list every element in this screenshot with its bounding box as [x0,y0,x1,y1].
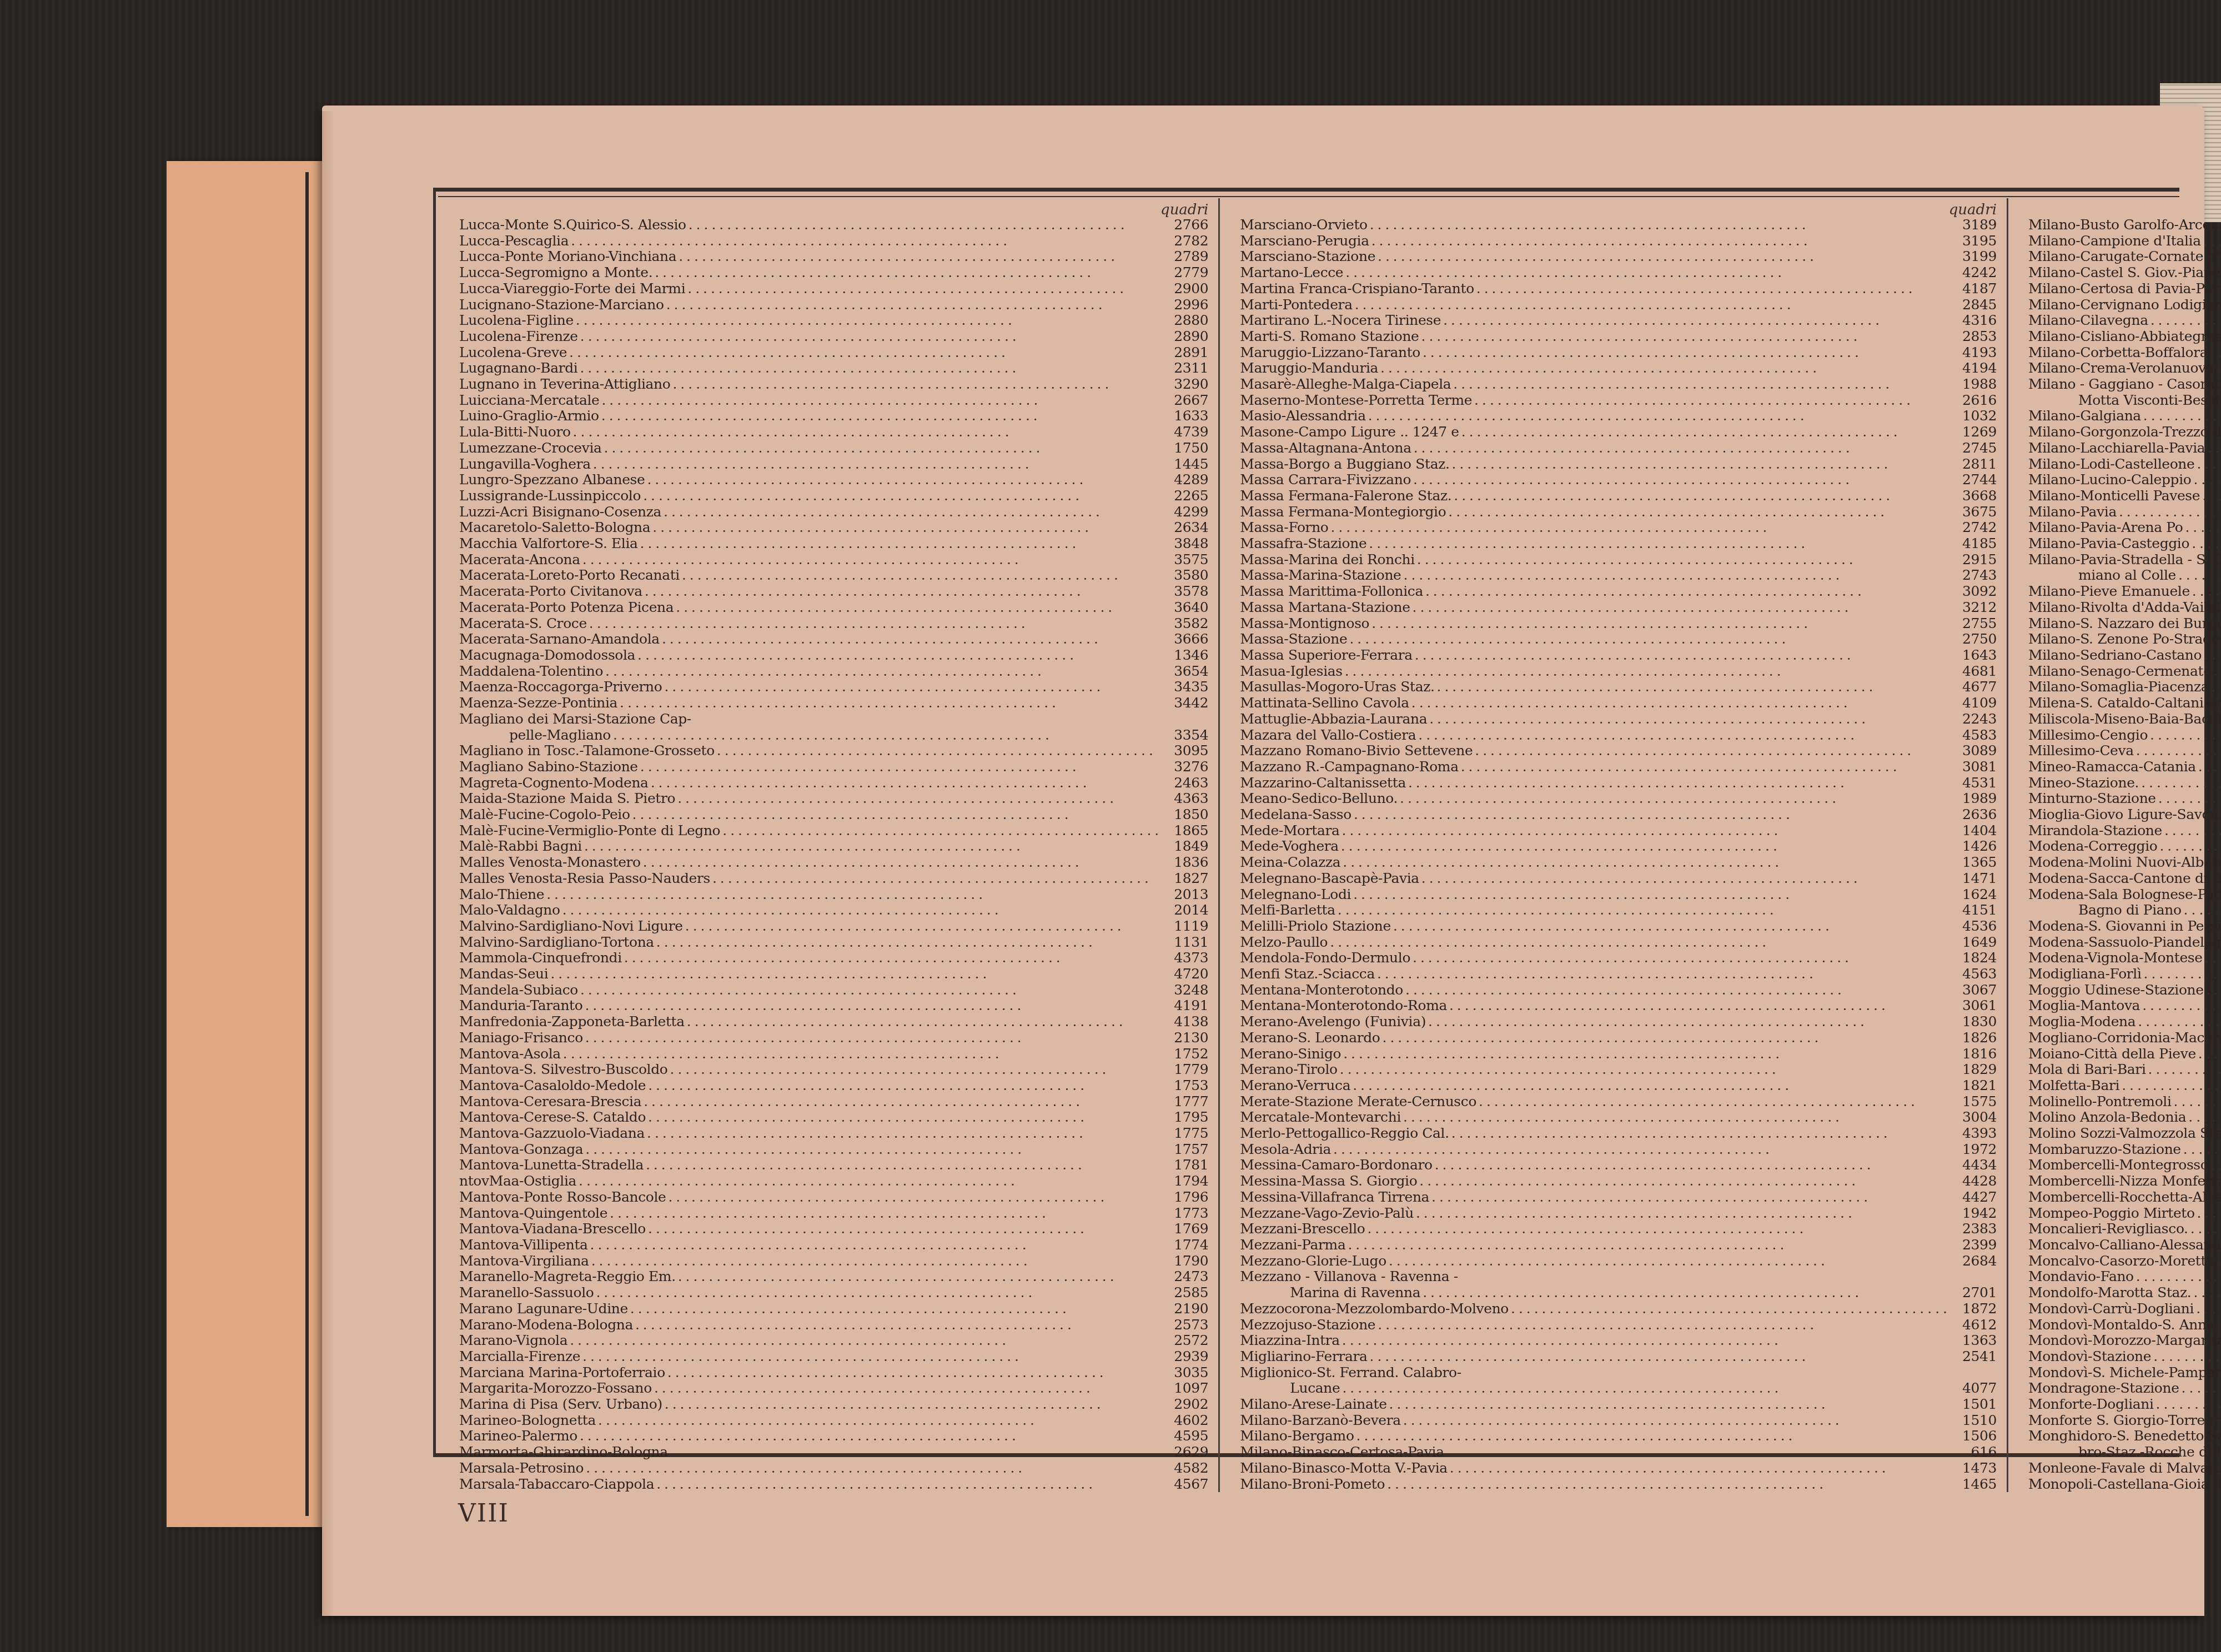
dot-leader [1340,1062,1947,1078]
index-column-3: quadri Milano-Busto Garolfo-Arconate1447… [2008,198,2221,1492]
index-entry: Millesimo-Cengio1207 [2028,727,2221,744]
dot-leader [1403,1109,1947,1126]
index-entry: Merano-Verruca1821 [1240,1078,1997,1094]
index-entry: Mondovì-Morozzo-Margarita1092 [2028,1333,2221,1349]
index-entry: Malo-Valdagno2014 [459,902,1208,918]
entry-table-number: 2634 [1160,520,1208,536]
index-column-2: quadri Marsciano-Orvieto3189Marsciano-Pe… [1220,198,2008,1492]
index-entry: Lucca-Segromigno a Monte.2779 [459,265,1208,281]
index-entry: Milano-Galgiana1489 [2028,408,2221,424]
entry-table-number: 1649 [1949,935,1997,951]
dot-leader [1378,249,1947,265]
dot-leader [1414,440,1947,456]
entry-name: Massa-Borgo a Buggiano Staz. [1240,456,1449,473]
dot-leader [668,1189,1158,1206]
entry-table-number: 1790 [1160,1253,1208,1269]
index-entry: Melegnano-Lodi1624 [1240,887,1997,903]
entry-table-number: 1829 [1949,1062,1997,1078]
entry-name: Modena-Sala Bolognese-Padulle- [2028,887,2221,903]
dot-leader [586,1460,1158,1477]
entry-table-number: 4299 [1160,504,1208,520]
page-number: VIII [458,1499,509,1528]
index-entry: Maenza-Sezze-Pontinia3442 [459,695,1208,711]
entry-name: Mattuglie-Abbazia-Laurana [1240,711,1427,727]
entry-table-number: 1830 [1949,1014,1997,1030]
index-entry: Mantova-Gonzaga1757 [459,1142,1208,1158]
dot-leader [2141,775,2221,791]
index-entry: Moncalvo-Calliano-Alessandria1021 [2028,1237,2221,1253]
entry-name: Modena-Sacca-Cantone di Bastiglia [2028,871,2221,887]
entry-table-number: 1346 [1160,647,1208,664]
dot-leader [1349,631,1947,647]
dot-leader [1449,998,1947,1014]
index-entry: Luicciana-Mercatale2667 [459,393,1208,409]
index-entry: Marti-Pontedera2845 [1240,297,1997,313]
entry-name: Milano-Campione d'Italia [2028,233,2201,249]
entry-name: Meina-Colazza [1240,855,1340,871]
dot-leader [722,823,1158,839]
index-entry: Modigliana-Forlì2690 [2028,966,2221,982]
entry-table-number: 2463 [1160,775,1208,791]
entry-name: Moggio Udinese-Stazione [2028,982,2204,998]
entry-table-number: 1794 [1160,1173,1208,1189]
entry-table-number: 3067 [1949,982,1997,998]
entry-name: Mantova-Quingentole [459,1206,607,1222]
dot-leader [664,679,1158,695]
dot-leader [640,759,1159,775]
entry-table-number: 1465 [1949,1477,1997,1493]
entry-name: Maida-Stazione Maida S. Pietro [459,791,675,807]
entry-list: Milano-Busto Garolfo-Arconate1447Milano-… [2028,217,2221,1492]
dot-leader [712,871,1158,887]
dot-leader [2122,1078,2221,1094]
index-entry: Mantova-S. Silvestro-Buscoldo1779 [459,1062,1208,1078]
dot-leader [1348,1237,1947,1253]
index-entry: Modena-Sacca-Cantone di Bastiglia2450 [2028,871,2221,887]
entry-table-number: 3654 [1160,664,1208,680]
entry-table-number: 3199 [1949,249,1997,265]
entry-table-number: 1988 [1949,376,1997,393]
entry-name: Marsala-Tabaccaro-Ciappola [459,1477,654,1493]
dot-leader [2159,838,2221,855]
entry-name: Martirano L.-Nocera Tirinese [1240,313,1441,329]
index-entry: pelle-Magliano3354 [459,727,1208,744]
dot-leader [643,488,1158,504]
dot-leader [1479,1094,1947,1110]
entry-name: Lussigrande-Lussinpiccolo [459,488,641,504]
entry-table-number: 616 [1949,1444,1997,1460]
entry-name: Melzo-Paullo [1240,935,1328,951]
dot-leader [1425,584,1947,600]
dot-leader [2203,233,2221,249]
index-table: quadri Lucca-Monte S.Quirico-S. Alessio2… [433,188,2179,1457]
entry-name: Marano-Modena-Bologna [459,1317,633,1333]
entry-table-number: 1779 [1160,1062,1208,1078]
entry-name: Macerata-Porto Potenza Picena [459,600,674,616]
index-entry: Messina-Villafranca Tirrena4427 [1240,1189,1997,1206]
dot-leader [563,1046,1158,1062]
dot-leader [2185,520,2221,536]
entry-name: Masio-Alessandria [1240,408,1365,424]
entry-table-number: 1824 [1949,950,1997,966]
dot-leader [1369,536,1947,552]
entry-table-number: 1836 [1160,855,1208,871]
entry-table-number: 2755 [1949,616,1997,632]
entry-name: Moncalvo-Calliano-Alessandria [2028,1237,2221,1253]
entry-name: Mola di Bari-Bari [2028,1062,2146,1078]
entry-name: Marti-S. Romano Stazione [1240,329,1419,345]
entry-table-number: 1796 [1160,1189,1208,1206]
dot-leader [679,249,1158,265]
dot-leader [1341,838,1947,855]
index-entry: Milano-Cisliano-Abbiategrasso1500 [2028,329,2221,345]
dot-leader [2211,679,2221,695]
entry-name: Macerata-Porto Civitanova [459,584,642,600]
entry-name: Lucolena-Figline [459,313,574,329]
entry-name: Milano-Arese-Lainate [1240,1397,1386,1413]
index-entry: Lumezzane-Crocevia1750 [459,440,1208,456]
dot-leader [585,1030,1158,1046]
entry-table-number: 1753 [1160,1078,1208,1094]
entry-name: Modena-Molini Nuovi-Albareto [2028,855,2221,871]
entry-name: Marcialla-Firenze [459,1349,580,1365]
dot-leader [678,1269,1159,1285]
dot-leader [2198,1046,2221,1062]
dot-leader [1370,1349,1947,1365]
dot-leader [2210,1157,2221,1173]
entry-table-number: 2014 [1160,902,1208,918]
dot-leader [601,393,1158,409]
entry-name: Mezzani-Brescello [1240,1221,1365,1237]
index-entry: Mazzano Romano-Bivio Settevene3089 [1240,743,1997,759]
entry-name: Mezzani-Parma [1240,1237,1345,1253]
entry-table-number: 1119 [1160,918,1208,935]
entry-name: Mondovì-Morozzo-Margarita [2028,1333,2221,1349]
entry-table-number: 2573 [1160,1317,1208,1333]
index-entry: Mondovì-Montaldo-S. Anna1112 [2028,1317,2221,1333]
dot-leader [2144,966,2221,982]
index-entry: Mompeo-Poggio Mirteto3223 [2028,1206,2221,1222]
dot-leader [1413,950,1947,966]
entry-name: Mondovì-Carrù-Dogliani [2028,1301,2194,1317]
index-entry: Milano-Lucino-Caleppio1483 [2028,472,2221,488]
index-entry: Mola di Bari-Bari4164 [2028,1062,2221,1078]
dot-leader [1431,1189,1947,1206]
entry-name: Mede-Mortara [1240,823,1339,839]
entry-name: bro-Staz.-Rocche di Lagaro [2078,1444,2221,1460]
index-entry: Melfi-Barletta4151 [1240,902,1997,918]
entry-name: Modena-Correggio [2028,838,2157,855]
entry-name: Mantova-S. Silvestro-Buscoldo [459,1062,667,1078]
entry-table-number: 3035 [1160,1365,1208,1381]
index-entry: Malvino-Sardigliano-Novi Ligure1119 [459,918,1208,935]
entry-name: Macugnaga-Domodossola [459,647,635,664]
entry-table-number: 1473 [1949,1460,1997,1477]
entry-name: Martano-Lecce [1240,265,1343,281]
index-entry: Marineo-Palermo4595 [459,1428,1208,1444]
dot-leader [1330,935,1947,951]
index-entry: Medelana-Sasso2636 [1240,807,1997,823]
dot-leader [2204,647,2221,664]
entry-table-number: 3578 [1160,584,1208,600]
entry-name: Maranello-Sassuolo [459,1285,594,1301]
entry-table-number: 2915 [1949,552,1997,568]
index-entry: Mantova-Ponte Rosso-Bancole1796 [459,1189,1208,1206]
entry-table-number: 4583 [1949,727,1997,744]
index-entry: Massa-Montignoso2755 [1240,616,1997,632]
index-entry: Lucolena-Firenze2890 [459,329,1208,345]
entry-table-number: 2013 [1160,887,1208,903]
entry-table-number: 4316 [1949,313,1997,329]
entry-name: Maenza-Roccagorga-Priverno [459,679,662,695]
index-entry: Massa Fermana-Falerone Staz.3668 [1240,488,1997,504]
entry-table-number: 1471 [1949,871,1997,887]
dot-leader [605,664,1158,680]
index-entry: Milano-S. Zenone Po-Stradella1458 [2028,631,2221,647]
entry-name: Mentana-Monterotondo-Roma [1240,998,1447,1014]
index-entry: ntovMaa-Ostiglia1794 [459,1173,1208,1189]
dot-leader [685,918,1159,935]
entry-table-number: 1850 [1160,807,1208,823]
entry-table-number: 1752 [1160,1046,1208,1062]
entry-name: Mammola-Cinquefrondi [459,950,622,966]
dot-leader [2205,950,2221,966]
dot-leader [590,1237,1159,1253]
entry-name: Molfetta-Bari [2028,1078,2119,1094]
entry-table-number: 2383 [1949,1221,1997,1237]
dot-leader [655,265,1158,281]
entry-table-number: 1643 [1949,647,1997,664]
dot-leader [1408,775,1947,791]
index-entry: Bagno di Piano2624 [2028,902,2221,918]
entry-name: Massa-Marina dei Ronchi [1240,552,1415,568]
index-entry: Maida-Stazione Maida S. Pietro4363 [459,791,1208,807]
entry-name: Lungro-Spezzano Albanese [459,472,645,488]
entry-name: Milano-Broni-Pometo [1240,1477,1385,1493]
dot-leader [1333,1142,1947,1158]
index-entry: Lucignano-Stazione-Marciano2996 [459,297,1208,313]
index-entry: Molino Sozzi-Valmozzola Staz.2348 [2028,1126,2221,1142]
entry-table-number: 1816 [1949,1046,1997,1062]
index-entry: Lucolena-Figline2880 [459,313,1208,329]
entry-name: Miazzina-Intra [1240,1333,1340,1349]
dot-leader [643,855,1159,871]
index-entry: Milano-Pavia1474 [2028,504,2221,520]
entry-name: Lucca-Monte S.Quirico-S. Alessio [459,217,686,233]
entry-name: Luicciana-Mercatale [459,393,599,409]
index-entry: Malè-Rabbi Bagni1849 [459,838,1208,855]
index-entry: Maserno-Montese-Porretta Terme2616 [1240,393,1997,409]
entry-name: Milano-Busto Garolfo-Arconate [2028,217,2221,233]
dot-leader [1451,456,1947,473]
entry-name: ntovMaa-Ostiglia [459,1173,576,1189]
entry-name: Lucolena-Greve [459,345,567,361]
entry-name: Magliano in Tosc.-Talamone-Grosseto [459,743,715,759]
entry-table-number: 4193 [1949,345,1997,361]
index-entry: Monforte-Dogliani1018 [2028,1397,2221,1413]
entry-table-number: 3354 [1160,727,1208,744]
entry-name: Mantova-Virgiliana [459,1253,589,1269]
dot-leader [1429,711,1947,727]
index-entry: Milano-Arese-Lainate1501 [1240,1397,1997,1413]
dot-leader [2193,472,2221,488]
entry-name: Milano-Monticelli Pavese [2028,488,2200,504]
index-entry: Mammola-Cinquefrondi4373 [459,950,1208,966]
index-entry: Mineo-Ramacca-Catania4487 [2028,759,2221,775]
dot-leader [580,360,1158,376]
entry-table-number: 3081 [1949,759,1997,775]
dot-leader [2206,982,2221,998]
entry-table-number: 4077 [1949,1380,1997,1397]
entry-table-number: 4595 [1160,1428,1208,1444]
entry-name: Massa Superiore-Ferrara [1240,647,1412,664]
index-entry: Mantova-Cerese-S. Cataldo1795 [459,1109,1208,1126]
index-entry: Maniago-Frisanco2130 [459,1030,1208,1046]
dot-leader [584,838,1158,855]
entry-name: Malvino-Sardigliano-Tortona [459,935,654,951]
entry-table-number: 1633 [1160,408,1208,424]
index-entry: Lucane4077 [1240,1380,1997,1397]
entry-name: Merate-Stazione Merate-Cernusco [1240,1094,1476,1110]
dot-leader [1418,727,1947,744]
dot-leader [645,584,1158,600]
dot-leader [676,600,1158,616]
dot-leader [598,1413,1158,1429]
index-entry: Marti-S. Romano Stazione2853 [1240,329,1997,345]
dot-leader [2150,313,2221,329]
entry-table-number: 2789 [1160,249,1208,265]
dot-leader [2183,1142,2221,1158]
dot-leader [640,536,1159,552]
entry-name: Milano-Cervignano Lodigiano [2028,297,2221,313]
dot-leader [2197,456,2221,473]
entry-name: Mede-Voghera [1240,838,1339,855]
index-entry: Moncalieri-Revigliasco.885 [2028,1221,2221,1237]
index-entry: Mombercelli-Nizza Monferrato997 [2028,1173,2221,1189]
index-entry: Mesola-Adria1972 [1240,1142,1997,1158]
entry-name: Milano-S. Nazzaro dei Burgondi [2028,616,2221,632]
entry-table-number: 4194 [1949,360,1997,376]
index-entry: Mondolfo-Marotta Staz.3550 [2028,1285,2221,1301]
dot-leader [2198,759,2221,775]
dot-leader [1428,1014,1947,1030]
dot-leader [1405,982,1947,998]
entry-table-number: 2996 [1160,297,1208,313]
entry-table-number: 2742 [1949,520,1997,536]
entry-name: Macerata-Loreto-Porto Recanati [459,568,680,584]
entry-table-number: 2750 [1949,631,1997,647]
index-entry: Massa-Borgo a Buggiano Staz.2811 [1240,456,1997,473]
index-entry: Merlo-Pettogallico-Reggio Cal.4393 [1240,1126,1997,1142]
index-entry: Malles Venosta-Monastero1836 [459,855,1208,871]
entry-table-number: 1827 [1160,871,1208,887]
entry-name: Melilli-Priolo Stazione [1240,918,1391,935]
index-entry: Lucca-Ponte Moriano-Vinchiana2789 [459,249,1208,265]
index-entry: Mezzano-Glorie-Lugo2684 [1240,1253,1997,1269]
entry-name: Lucane [1290,1380,1340,1397]
dot-leader [2188,1109,2221,1126]
entry-name: Maniago-Frisanco [459,1030,583,1046]
entry-name: Masone-Campo Ligure .. 1247 e [1240,424,1459,440]
entry-name: Mezzano-Glorie-Lugo [1240,1253,1386,1269]
index-entry: Mandas-Seui4720 [459,966,1208,982]
dot-leader [1371,233,1947,249]
dot-leader [647,472,1158,488]
index-entry: Magliano in Tosc.-Talamone-Grosseto3095 [459,743,1208,759]
entry-name: Mandela-Subiaco [459,982,578,998]
entry-name: Mandas-Seui [459,966,548,982]
index-entry: Mezzani-Parma2399 [1240,1237,1997,1253]
entry-name: Moncalieri-Revigliasco. [2028,1221,2188,1237]
dot-leader [1345,664,1947,680]
entry-table-number: 4427 [1949,1189,1997,1206]
entry-name: Migliarino-Ferrara [1240,1349,1367,1365]
dot-leader [2214,664,2221,680]
entry-table-number: 2766 [1160,217,1208,233]
index-entry: Mantova-Villipenta1774 [459,1237,1208,1253]
entry-name: Lucignano-Stazione-Marciano [459,297,664,313]
entry-table-number: 3004 [1949,1109,1997,1126]
entry-name: Mantova-Villipenta [459,1237,588,1253]
entry-name: Mantova-Casaloldo-Medole [459,1078,646,1094]
dot-leader [1342,823,1947,839]
entry-name: Macchia Valfortore-S. Elia [459,536,638,552]
dot-leader [656,935,1158,951]
dot-leader [646,1157,1158,1173]
index-entry: Merate-Stazione Merate-Cernusco1575 [1240,1094,1997,1110]
dot-leader [2164,823,2221,839]
index-entry: Migliarino-Ferrara2541 [1240,1349,1997,1365]
index-entry: Mentana-Monterotondo-Roma3061 [1240,998,1997,1014]
entry-name: Milano-Crema-Verolanuova [2028,360,2214,376]
dot-leader [1380,360,1947,376]
index-entry: Monforte S. Giorgio-Torregrotta4441 [2028,1413,2221,1429]
entry-table-number: 2744 [1949,472,1997,488]
entry-table-number: 1773 [1160,1206,1208,1222]
entry-name: Lucca-Segromigno a Monte. [459,265,652,281]
dot-leader [2156,1397,2221,1413]
index-entry: Macaretolo-Saletto-Bologna2634 [459,520,1208,536]
index-entry: Margarita-Morozzo-Fossano1097 [459,1380,1208,1397]
dot-leader [2143,408,2221,424]
page-left-edge [322,111,334,1616]
entry-name: Marineo-Bolognetta [459,1413,596,1429]
entry-name: Luzzi-Acri Bisignano-Cosenza [459,504,661,520]
index-entry: Miliscola-Miseno-Baia-Bacoli3952 [2028,711,2221,727]
column-header: quadri [2028,203,2221,217]
index-entry: Milano-Monticelli Pavese1480 [2028,488,2221,504]
dot-leader [1354,807,1947,823]
entry-name: Milena-S. Cataldo-Caltanissetta [2028,695,2221,711]
dot-leader [624,950,1158,966]
index-entry: Martano-Lecce4242 [1240,265,1997,281]
index-entry: Malè-Fucine-Cogolo-Peio1850 [459,807,1208,823]
dot-leader [576,313,1158,329]
index-entry: Milano-Crema-Verolanuova1491 [2028,360,2221,376]
entry-table-number: 4677 [1949,679,1997,695]
entry-table-number: 1849 [1160,838,1208,855]
index-entry: Lucolena-Greve2891 [459,345,1208,361]
index-entry: Massa-Marina-Stazione2743 [1240,568,1997,584]
entry-name: Massa Fermana-Falerone Staz. [1240,488,1451,504]
entry-name: Marina di Pisa (Serv. Urbano) [459,1397,662,1413]
entry-name: Lungavilla-Voghera [459,456,591,473]
dot-leader [550,966,1158,982]
entry-name: Marmorta-Ghirardino-Bologna [459,1444,668,1460]
entry-name: Marsciano-Orvieto [1240,217,1367,233]
entry-table-number: 2629 [1160,1444,1208,1460]
index-entry: Macugnaga-Domodossola1346 [459,647,1208,664]
